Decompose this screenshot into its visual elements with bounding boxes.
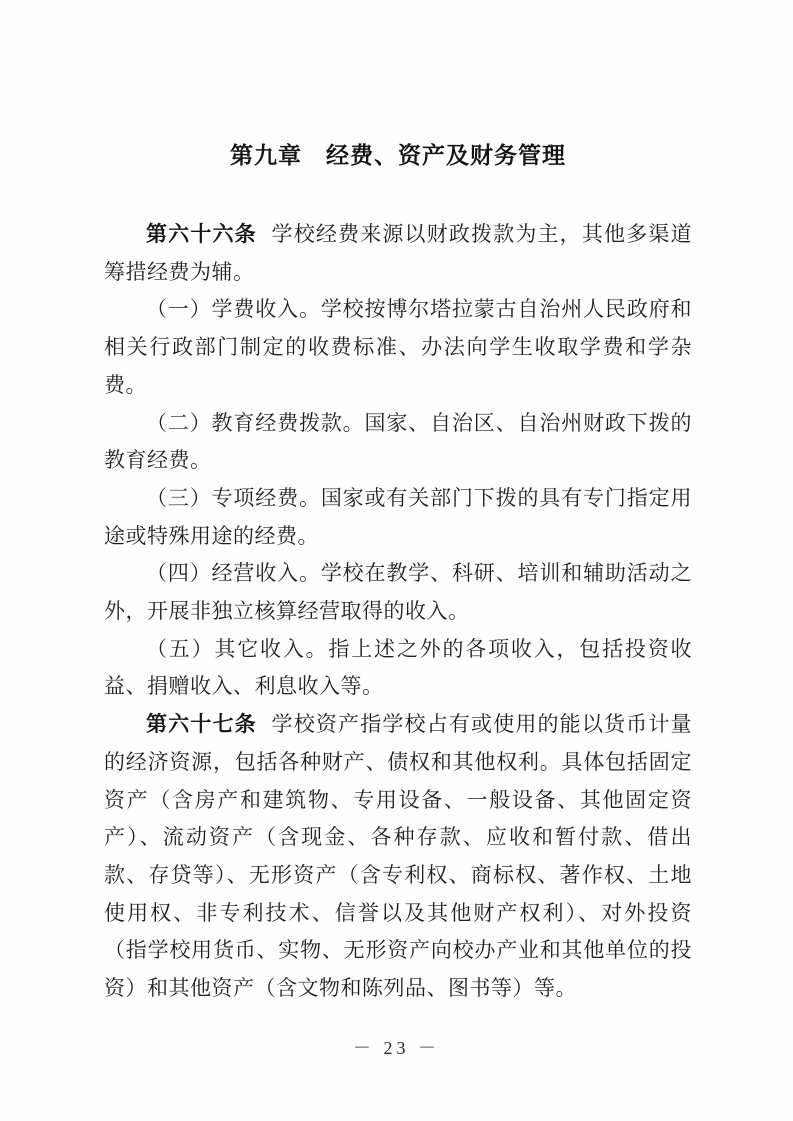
document-page: 第九章 经费、资产及财务管理 第六十六条学校经费来源以财政拨款为主，其他多渠道筹… [0,0,793,1121]
article-67-paragraph: 第六十七条学校资产指学校占有或使用的能以货币计量的经济资源，包括各种财产、债权和… [104,706,692,1008]
article-66-clause-3: （三）专项经费。国家或有关部门下拨的具有专门指定用途或特殊用途的经费。 [104,480,692,555]
page-content: 第九章 经费、资产及财务管理 第六十六条学校经费来源以财政拨款为主，其他多渠道筹… [104,140,692,1008]
article-66-number: 第六十六条 [146,223,257,246]
chapter-heading: 第九章 经费、资产及财务管理 [104,140,692,170]
article-67-text: 学校资产指学校占有或使用的能以货币计量的经济资源，包括各种财产、债权和其他权利。… [104,712,692,1000]
article-66-paragraph: 第六十六条学校经费来源以财政拨款为主，其他多渠道筹措经费为辅。 [104,216,692,291]
article-66-clause-2: （二）教育经费拨款。国家、自治区、自治州财政下拨的教育经费。 [104,405,692,480]
article-67-number: 第六十七条 [146,713,257,736]
page-number: － 23 － [0,1034,793,1060]
article-66-clause-5: （五）其它收入。指上述之外的各项收入，包括投资收益、捐赠收入、利息收入等。 [104,631,692,706]
article-66-clause-4: （四）经营收入。学校在教学、科研、培训和辅助活动之外，开展非独立核算经营取得的收… [104,555,692,630]
article-66-clause-1: （一）学费收入。学校按博尔塔拉蒙古自治州人民政府和相关行政部门制定的收费标准、办… [104,291,692,404]
